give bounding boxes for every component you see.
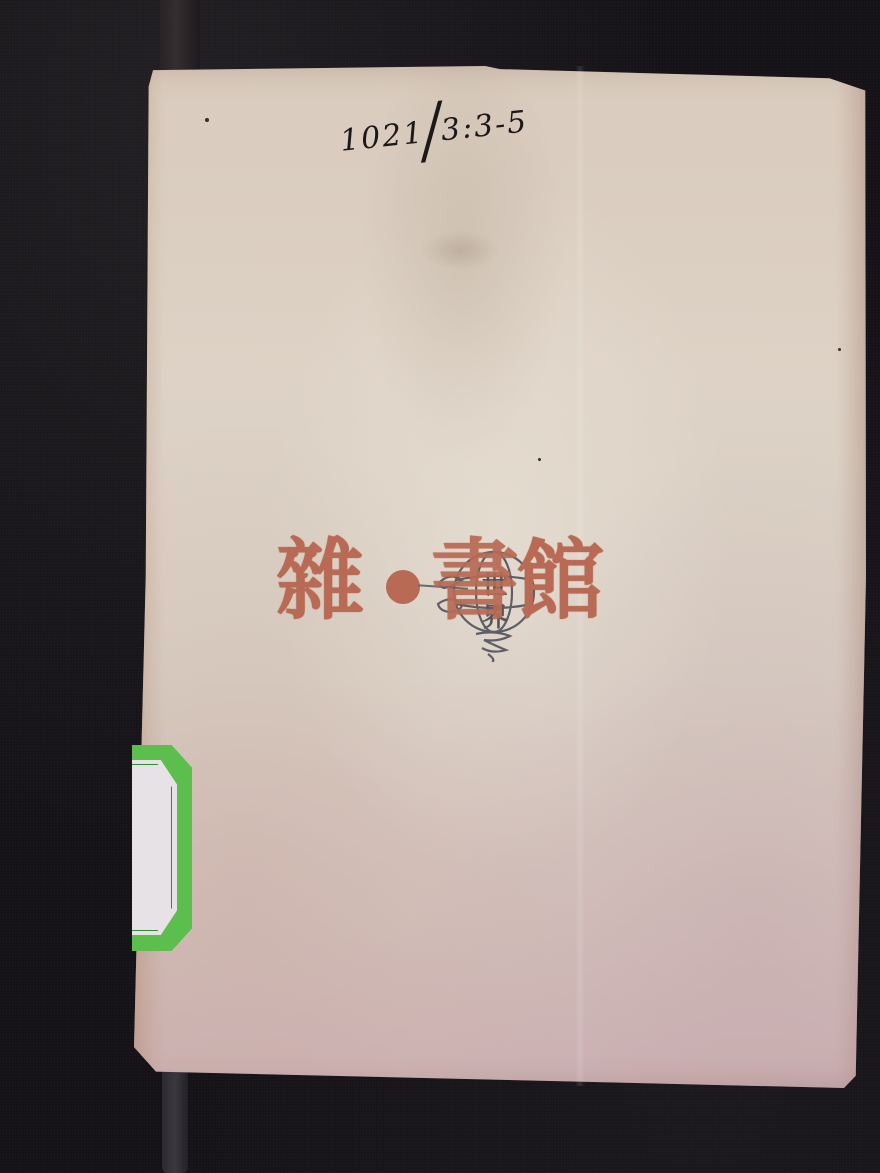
paper-speck [538,458,541,461]
paper-stain [420,230,500,270]
library-label-inner-line [132,764,172,931]
stamp-separator-dot [386,570,420,604]
stamp-char-guan: 館 [516,530,604,630]
library-stamp: 雜 世 界 書 館 [276,530,606,650]
book-spine-bottom [162,1070,188,1173]
paper-speck [838,348,841,351]
stamp-char-shu: 書 [431,530,519,630]
paper-speck [205,118,209,122]
book-spine-top [160,0,200,70]
call-number-slash: / [420,111,445,152]
stamp-char-za: 雜 [276,530,364,630]
